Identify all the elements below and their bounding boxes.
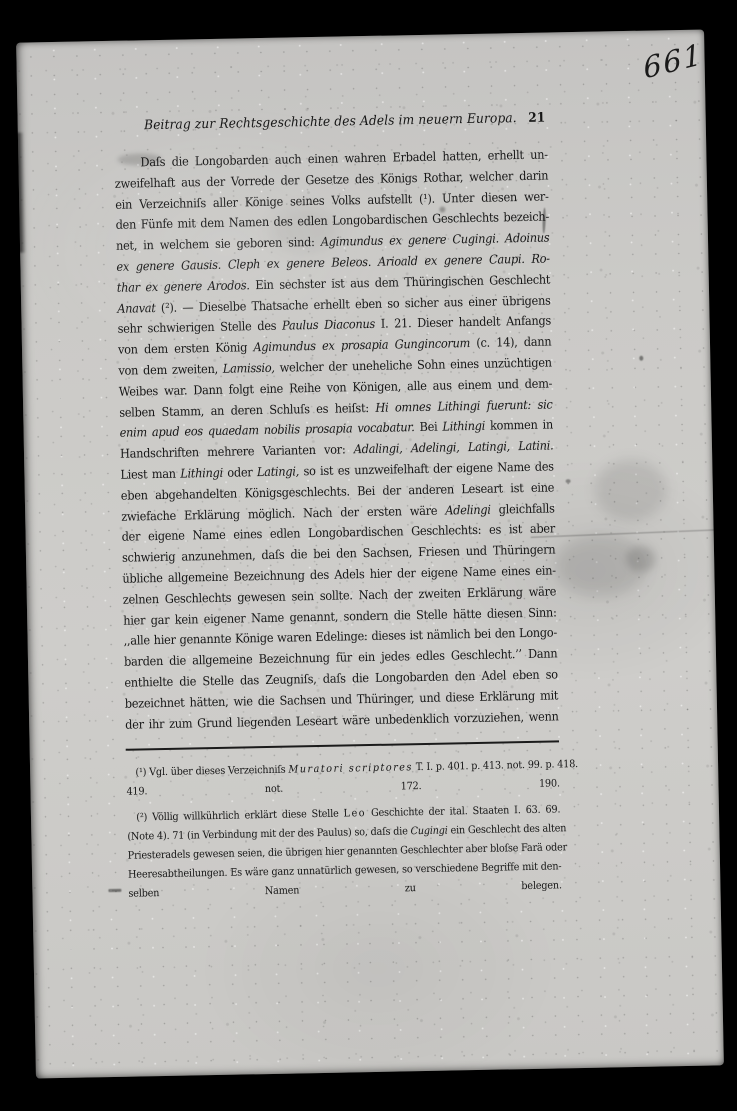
text-segment: (¹) Vgl. über dieses Verzeichniſs	[135, 764, 288, 779]
text-segment: Cugingi	[410, 825, 447, 838]
text-segment: welcher der uneheliche Sohn eines unzüch…	[275, 355, 552, 374]
text-segment: (²) Völlig willkührlich erklärt diese St…	[136, 808, 344, 824]
header-title: Beitrag zur Rechtsgeschichte des Adels i…	[144, 111, 517, 133]
text-segment: T. I. p. 401. p. 413. not. 99. p. 418.	[413, 758, 578, 773]
edge-nick	[17, 133, 26, 253]
handwritten-number: 661	[641, 37, 705, 86]
text-segment: so ist es unzweifelhaft der eigene Name …	[299, 459, 554, 478]
body-text: Daſs die Longobarden auch einen wahren E…	[114, 145, 558, 736]
page-number: 21	[528, 111, 545, 126]
text-segment: zwiefache Erklärung möglich. Nach der er…	[121, 503, 445, 523]
footnotes: (¹) Vgl. über dieses Verzeichniſs Murato…	[126, 755, 562, 903]
paper-sheet: 661 Beitrag zur Rechtsgeschichte des Ade…	[16, 29, 724, 1078]
text-segment: Lithingi	[180, 466, 223, 481]
text-segment: Latingi,	[257, 464, 299, 479]
running-header: Beitrag zur Rechtsgeschichte des Adels i…	[114, 111, 548, 137]
footnote-separator	[126, 740, 559, 750]
text-segment: enim apud eos quaedam nobilis prosapia v…	[119, 420, 414, 440]
text-segment: (Note 4). 71 (in Verbindung mit der des …	[127, 825, 410, 842]
text-segment: gleichfalls	[491, 501, 555, 516]
text-segment: Adalingi, Adelingi, Latingi, Latini.	[354, 439, 554, 457]
text-segment: Leo	[343, 807, 366, 819]
stain-mark	[566, 479, 571, 483]
page-content: Beitrag zur Rechtsgeschichte des Adels i…	[114, 111, 547, 119]
stain-mark	[554, 534, 649, 598]
text-segment: selben Stamm, an deren Schluſs es heiſst…	[119, 400, 375, 419]
text-segment: Hi omnes Lithingi fuerunt: sic	[375, 397, 552, 414]
stain-mark	[594, 458, 667, 521]
stain-mark	[626, 546, 656, 573]
text-segment: von dem zweiten,	[118, 362, 223, 378]
text-segment: Geschichte der ital. Staaten I. 63. 69.	[366, 803, 561, 819]
text-segment: Ein sechster ist aus dem Thüringischen G…	[249, 272, 550, 292]
text-segment: sehr schwierigen Stelle des	[118, 319, 283, 336]
text-segment: Muratori scriptores	[288, 761, 413, 775]
text-segment: (c. 14), dann	[470, 335, 552, 351]
text-segment: Anavat	[117, 301, 156, 316]
text-segment: oder	[223, 465, 257, 480]
text-segment: Adelingi	[445, 502, 491, 517]
text-segment: Bei	[414, 420, 442, 435]
scan-background: { "colors": { "background": "#000000", "…	[0, 0, 737, 1111]
text-segment: Lamissio,	[223, 361, 275, 376]
text-segment: von dem ersten König	[118, 340, 254, 357]
stain-mark	[108, 889, 121, 892]
crease-line	[531, 529, 716, 537]
text-segment: Paulus Diaconus	[282, 317, 375, 333]
text-segment: ein Geschlecht des alten	[448, 822, 567, 836]
text-segment: I. 21. Dieser handelt Anfangs	[375, 314, 551, 331]
text-segment: kommen in	[485, 418, 553, 433]
text-segment: thar ex genere Arodos.	[117, 278, 250, 295]
text-segment: net, in welchem sie geboren sind:	[116, 235, 321, 253]
footnote: (¹) Vgl. über dieses Verzeichniſs Murato…	[126, 755, 560, 801]
text-segment: Agimundus ex prosapia Gungincorum	[253, 336, 470, 354]
stain-mark	[639, 356, 643, 361]
text-segment: Lithingi	[442, 419, 485, 434]
text-segment: Agimundus ex genere Cugingi. Adoinus	[321, 231, 550, 249]
footnote: (²) Völlig willkührlich erklärt diese St…	[127, 800, 562, 903]
text-segment: Handschriften mehrere Varianten vor:	[120, 442, 354, 460]
text-segment: Liest man	[120, 467, 180, 482]
